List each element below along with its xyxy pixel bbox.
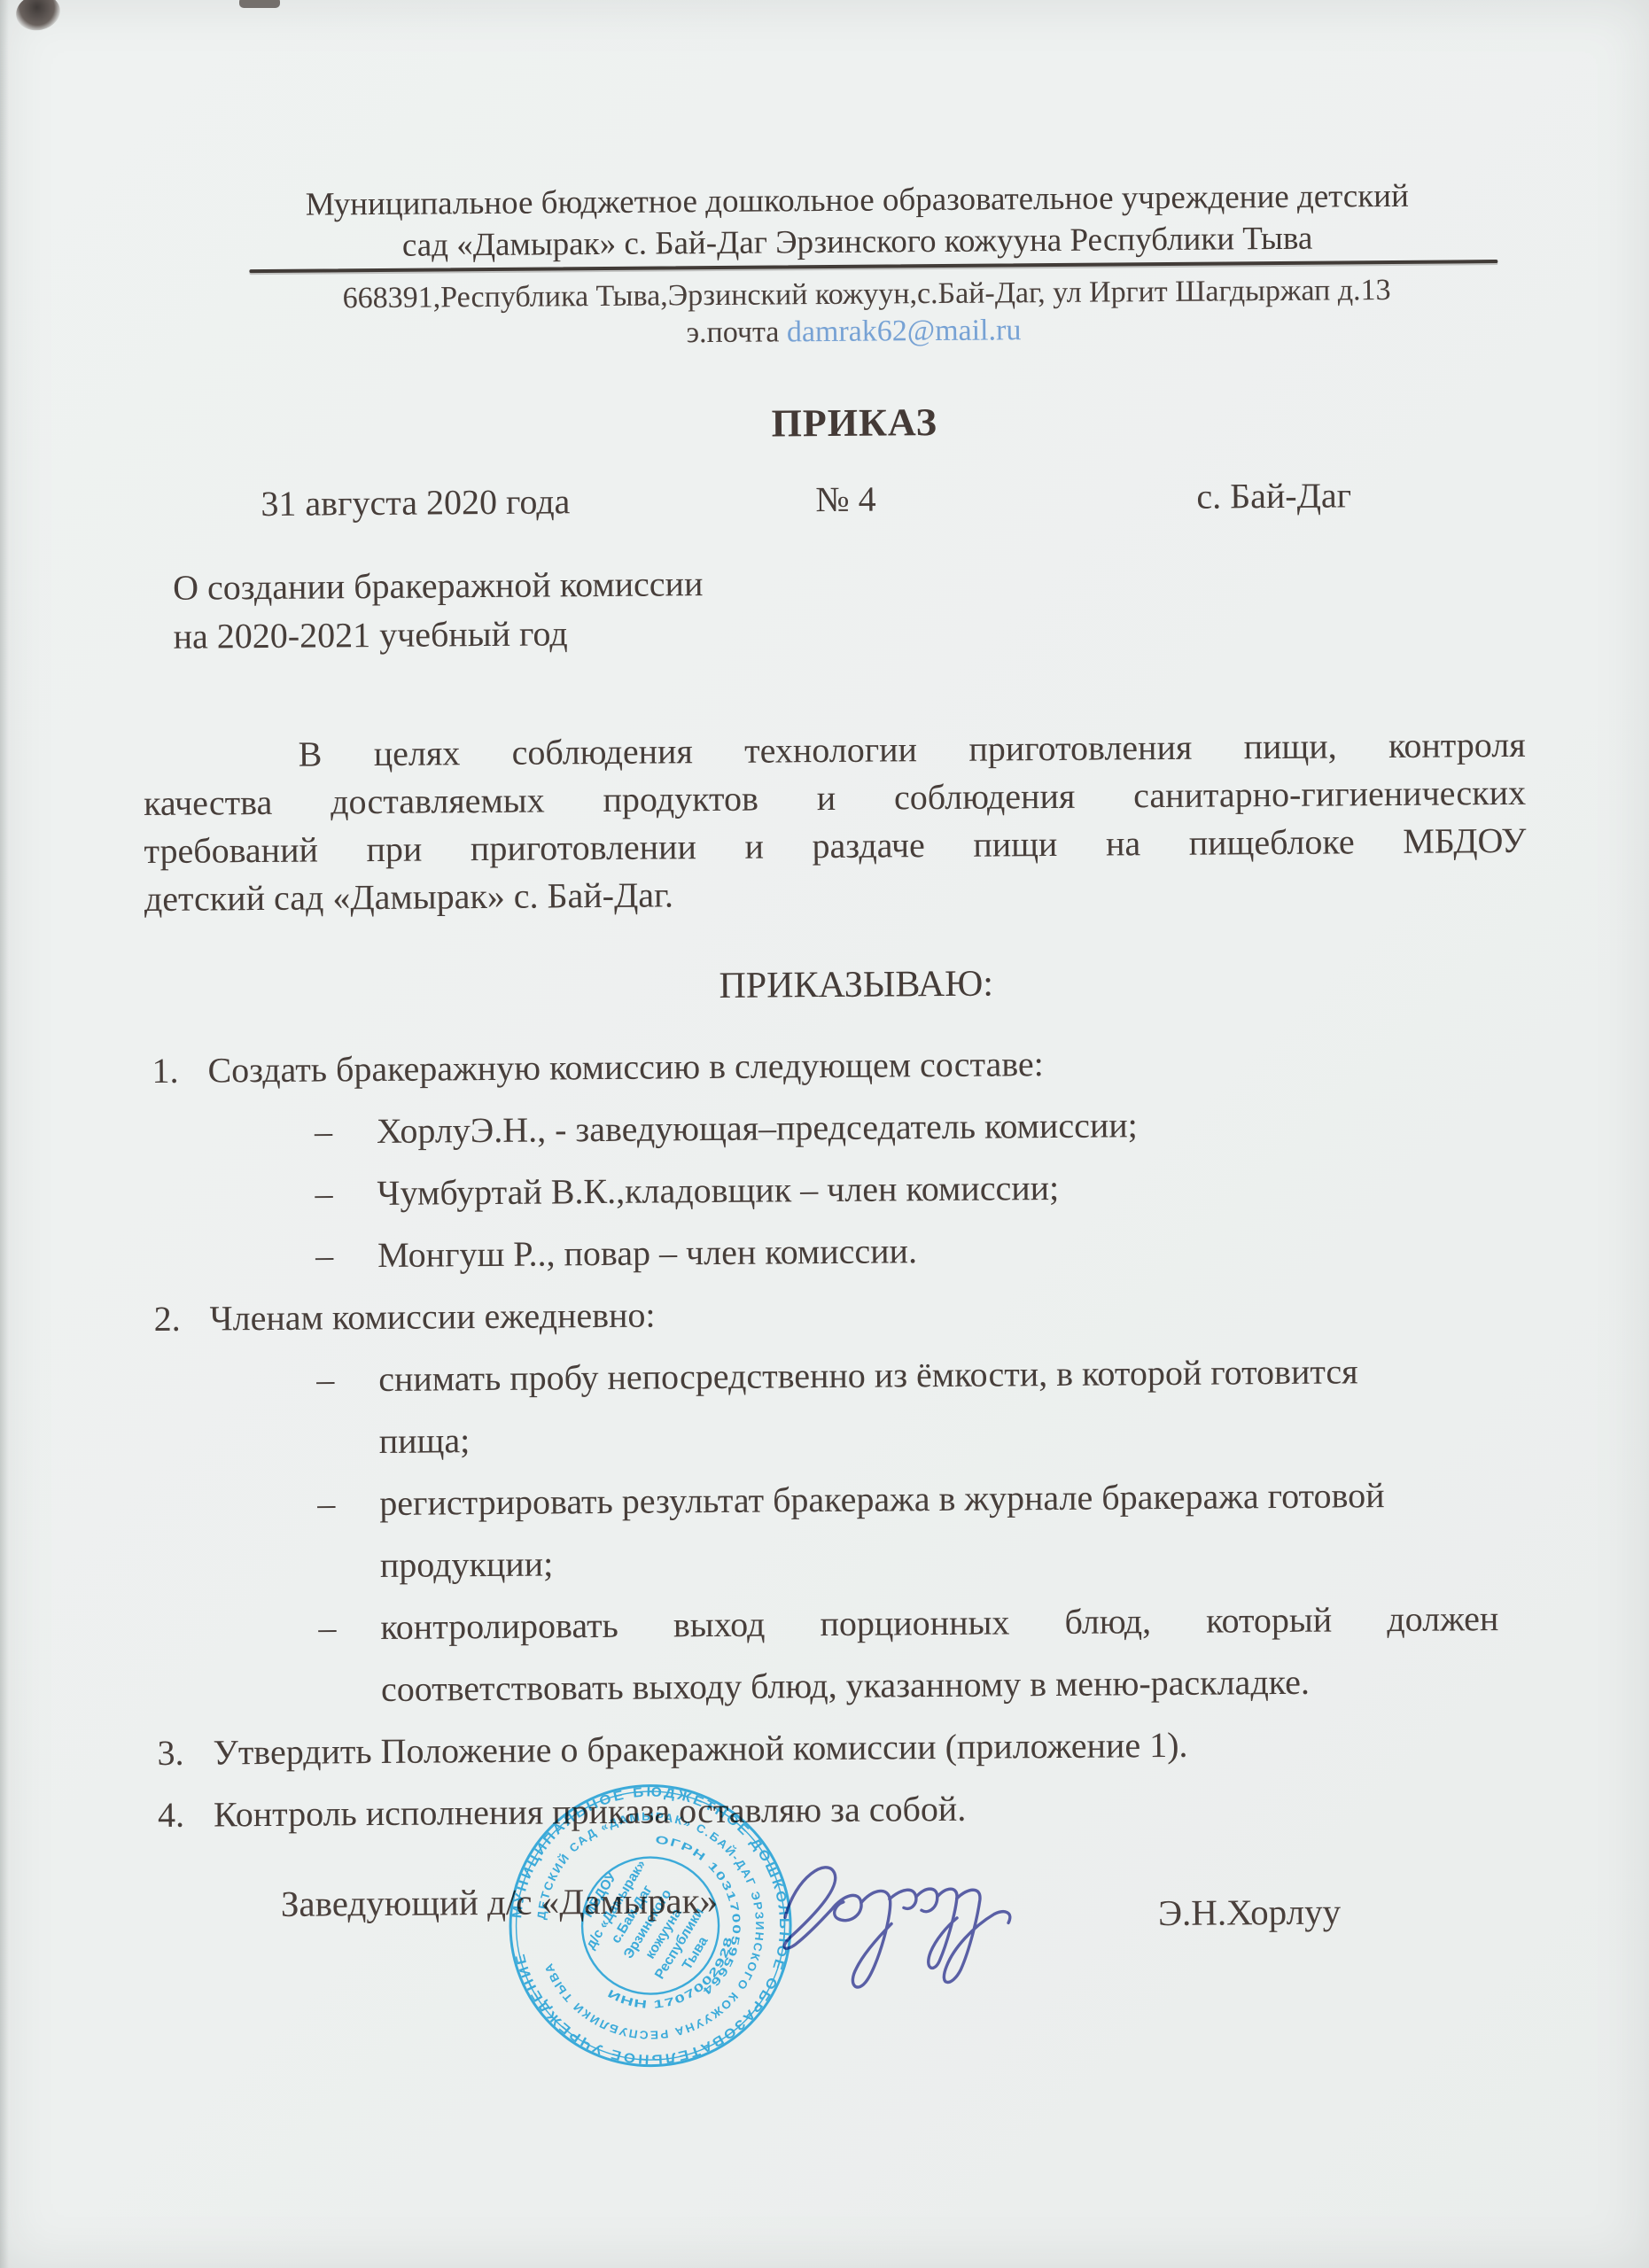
organization-header: Муниципальное бюджетное дошкольное образ… [2,174,1649,270]
order-item-1: 1. Создать бракеражную комиссию в следую… [141,1029,1542,1102]
item-number: 1. [141,1040,208,1103]
dash-bullet: – [317,1472,380,1535]
orders-list: 1. Создать бракеражную комиссию в следую… [141,1029,1547,1846]
order-item-3: 3. Утвердить Положение о бракеражной ком… [146,1712,1547,1784]
member-text: ХорлуЭ.Н., - заведующая–председатель ком… [377,1091,1476,1162]
document-title: ПРИКАЗ [30,393,1649,452]
email-label: э.почта [686,315,787,349]
duty-row-continuation: соответствовать выходу блюд, указанному … [381,1650,1547,1720]
duty-text: регистрировать результат бракеража в жур… [379,1464,1479,1534]
item-number: 3. [146,1721,214,1784]
preamble-paragraph: В целях соблюдения технологии приготовле… [143,721,1527,923]
duty-text: продукции; [380,1526,1480,1596]
duty-row-continuation: продукции; [380,1526,1546,1596]
subject-line1: О создании бракеражной комиссии [173,555,1147,612]
duty-text: соответствовать выходу блюд, указанному … [381,1650,1481,1720]
member-row: – Монгуш Р.., повар – член комиссии. [315,1216,1544,1287]
order-number: № 4 [815,478,876,521]
duty-text: контролировать выход порционных блюд, ко… [380,1588,1499,1658]
order-item-2: 2. Членам комиссии ежедневно: [143,1278,1544,1350]
member-text: Монгуш Р.., повар – член комиссии. [377,1216,1477,1286]
order-date: 31 августа 2020 года [261,480,570,524]
item-text: Членам комиссии ежедневно: [209,1285,655,1350]
subject-line2: на 2020-2021 учебный год [173,604,1147,661]
handwritten-signature [772,1834,1084,2009]
signatory-name: Э.Н.Хорлуу [1158,1890,1341,1934]
member-text: Чумбуртай В.К.,кладовщик – член комиссии… [377,1153,1476,1224]
duty-text: пища; [378,1402,1478,1472]
item-text: Создать бракеражную комиссию в следующем… [207,1033,1044,1101]
scanned-order-document: Муниципальное бюджетное дошкольное образ… [0,0,1649,2268]
duty-row: – контролировать выход порционных блюд, … [318,1588,1546,1659]
email-address: damrak62@mail.ru [787,314,1022,348]
dash-bullet: – [315,1100,377,1163]
document-content: Муниципальное бюджетное дошкольное образ… [0,0,1649,2268]
round-official-stamp: МУНИЦИПАЛЬНОЕ БЮДЖЕТНОЕ ДОШКОЛЬНОЕ ОБРАЗ… [490,1765,812,2086]
dash-bullet: – [315,1162,377,1225]
duty-row-continuation: пища; [378,1402,1544,1472]
resolution-heading: ПРИКАЗЫВАЮ: [32,957,1649,1013]
order-place: с. Бай-Даг [1196,474,1351,517]
item-number: 4. [147,1783,214,1846]
member-row: – Чумбуртай В.К.,кладовщик – член комисс… [315,1153,1543,1225]
preamble-line: детский сад «Дамырак» с. Бай-Даг. [144,865,1527,923]
duty-text: снимать пробу непосредственно из ёмкости… [378,1340,1478,1410]
member-row: – ХорлуЭ.Н., - заведующая–председатель к… [315,1091,1543,1163]
duty-row: – регистрировать результат бракеража в ж… [317,1464,1545,1535]
order-subject: О создании бракеражной комиссии на 2020-… [173,555,1148,661]
duty-row: – снимать пробу непосредственно из ёмкос… [316,1340,1544,1411]
dash-bullet: – [318,1596,381,1659]
dash-bullet: – [315,1224,378,1287]
item-number: 2. [143,1287,210,1350]
dash-bullet: – [316,1348,379,1411]
